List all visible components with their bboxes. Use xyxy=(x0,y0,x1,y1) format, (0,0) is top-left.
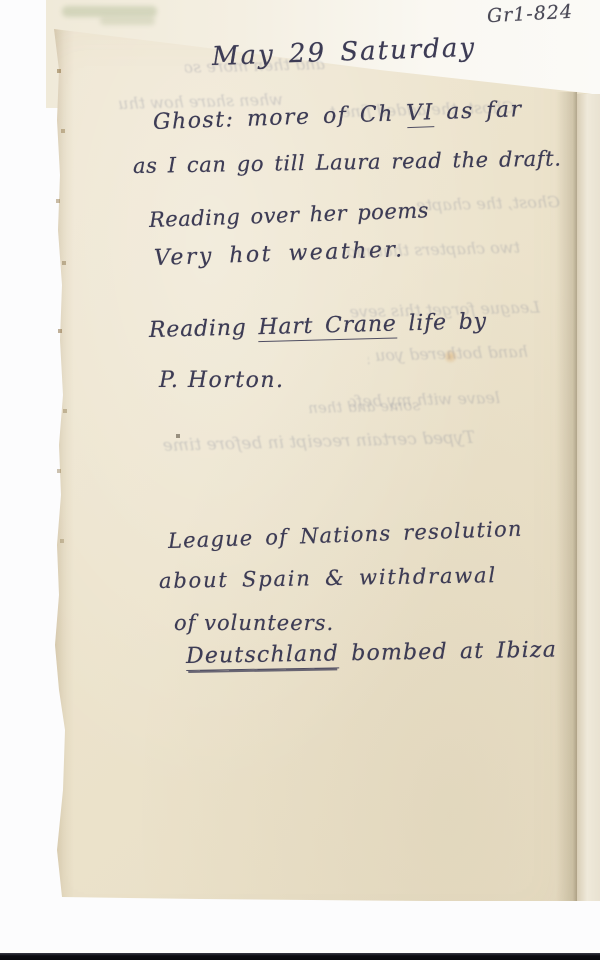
faded-stamp xyxy=(100,17,155,25)
text-segment: as far xyxy=(434,97,523,125)
text-segment: bombed at Ibiza xyxy=(339,638,557,667)
underlined-text: VI xyxy=(406,100,435,128)
bleedthrough-line: Ghost, the chapter xyxy=(415,192,561,218)
text-segment: life by xyxy=(396,309,487,336)
faded-stamp xyxy=(62,6,157,17)
page-fold-edge xyxy=(577,94,600,901)
scanned-manuscript-page: and then more some when share how thus G… xyxy=(0,0,600,960)
bleedthrough-line: some and then xyxy=(280,396,421,422)
catalog-mark: Gr1-824 xyxy=(486,1,573,27)
bleedthrough-line: hand bothered you go xyxy=(368,342,529,368)
underlined-text: Hart Crane xyxy=(258,312,397,343)
underlined-text: Deutschland xyxy=(186,641,340,671)
text-segment: Reading xyxy=(149,315,259,343)
manuscript-paper xyxy=(0,0,600,960)
scanner-bed-bar xyxy=(0,953,600,960)
torn-edge-specks xyxy=(0,0,2,2)
entry-line: of volunteers. xyxy=(174,611,334,635)
entry-line: P. Horton. xyxy=(159,368,285,393)
